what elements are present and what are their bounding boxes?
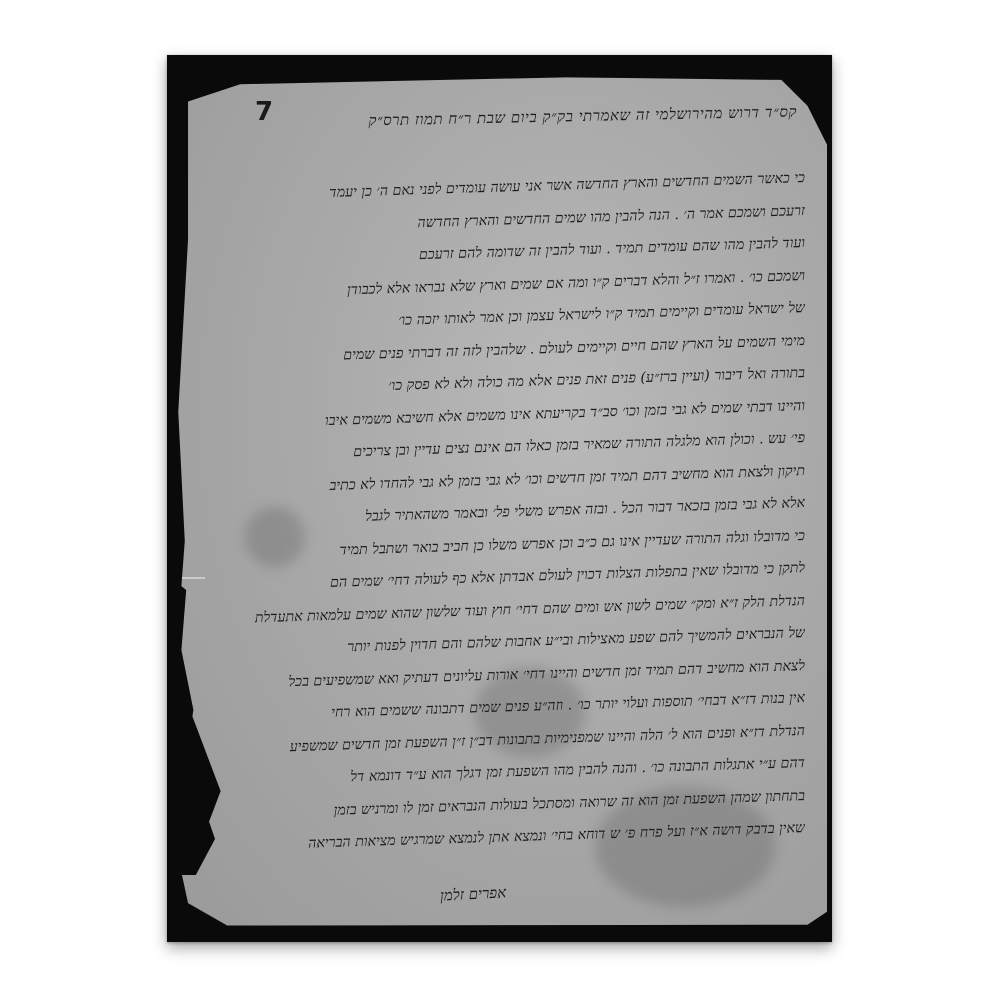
- manuscript-body: כי כאשר השמים החדשים והארץ החדשה אשר אני…: [185, 162, 805, 845]
- signature: אפרים זלמן: [440, 883, 507, 905]
- manuscript-page: 7 קס״ד דרוש מהירושלמי זה שאמרתי בק״ק ביו…: [175, 67, 827, 929]
- manuscript-poster: 7 קס״ד דרוש מהירושלמי זה שאמרתי בק״ק ביו…: [167, 55, 832, 942]
